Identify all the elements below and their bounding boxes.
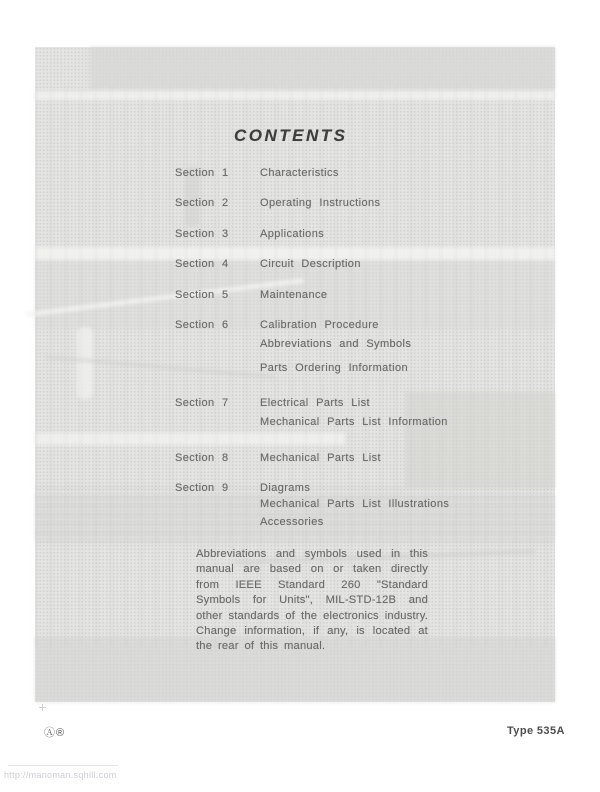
section-subitem: Abbreviations and Symbols bbox=[260, 332, 411, 356]
section-title: Calibration Procedure bbox=[260, 319, 411, 332]
toc-entry-section-8: Section 8 Mechanical Parts List bbox=[175, 452, 381, 465]
tektronix-logo-mark: Ⓐ® bbox=[44, 724, 65, 740]
section-title: Mechanical Parts List bbox=[260, 452, 381, 465]
abbreviations-note: Abbreviations and symbols used in this m… bbox=[196, 547, 428, 655]
section-title: Applications bbox=[260, 228, 324, 241]
section-number: Section 1 bbox=[175, 167, 260, 179]
section-number: Section 2 bbox=[175, 197, 260, 209]
scan-scratch-line bbox=[8, 765, 118, 766]
section-title: Electrical Parts List bbox=[260, 397, 448, 410]
toc-entry-section-4: Section 4 Circuit Description bbox=[175, 258, 361, 271]
section-subitem: Accessories bbox=[260, 513, 449, 531]
toc-entry-section-7: Section 7 Electrical Parts List Mechanic… bbox=[175, 397, 448, 434]
toc-entry-section-3: Section 3 Applications bbox=[175, 228, 324, 241]
registration-mark bbox=[39, 704, 46, 711]
section-subitem: Parts Ordering Information bbox=[260, 356, 411, 380]
scan-watermark-url: http://manoman.sqhill.com bbox=[4, 770, 117, 780]
manual-page: CONTENTS Section 1 Characteristics Secti… bbox=[0, 0, 600, 792]
instrument-type-label: Type 535A bbox=[507, 725, 565, 737]
toc-entry-section-1: Section 1 Characteristics bbox=[175, 167, 339, 180]
section-number: Section 6 bbox=[175, 319, 260, 331]
section-number: Section 5 bbox=[175, 289, 260, 301]
section-title: Operating Instructions bbox=[260, 197, 380, 210]
section-title: Characteristics bbox=[260, 167, 339, 180]
photo-texture-band bbox=[90, 47, 555, 89]
section-number: Section 4 bbox=[175, 258, 260, 270]
toc-entry-section-5: Section 5 Maintenance bbox=[175, 289, 327, 302]
toc-entry-section-2: Section 2 Operating Instructions bbox=[175, 197, 380, 210]
section-title: Maintenance bbox=[260, 289, 327, 302]
toc-entry-section-6: Section 6 Calibration Procedure Abbrevia… bbox=[175, 319, 411, 380]
section-number: Section 7 bbox=[175, 397, 260, 409]
section-subitem: Mechanical Parts List Illustrations bbox=[260, 495, 449, 513]
section-subitem: Mechanical Parts List Information bbox=[260, 410, 448, 434]
contents-title: CONTENTS bbox=[234, 126, 348, 146]
section-number: Section 3 bbox=[175, 228, 260, 240]
section-number: Section 9 bbox=[175, 482, 260, 494]
section-title: Circuit Description bbox=[260, 258, 361, 271]
section-title: Diagrams bbox=[260, 482, 449, 495]
toc-entry-section-9: Section 9 Diagrams Mechanical Parts List… bbox=[175, 482, 449, 532]
section-number: Section 8 bbox=[175, 452, 260, 464]
